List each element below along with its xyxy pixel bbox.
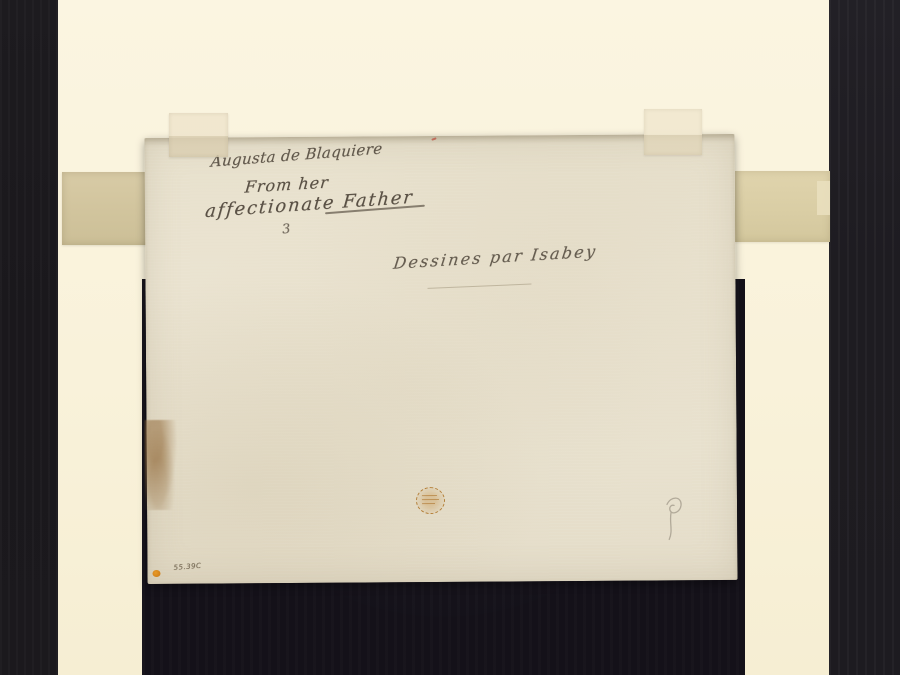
pencil-squiggle-icon [658,492,694,544]
drawing-verso-sheet: Augusta de Blaquiere From her affectiona… [144,134,737,584]
top-left-hinge-tape [169,113,228,157]
stamp-text-line [422,495,437,496]
left-black-edge [0,0,58,675]
collector-stamp-icon [416,487,445,514]
tape-end-highlight [817,181,830,215]
stamp-text-line [422,499,439,500]
stamp-text-line [422,503,435,504]
right-hinge-tape [735,171,830,242]
brown-stain-icon [144,420,178,510]
inventory-number: 55.39C [173,562,201,572]
attribution-underline [428,284,532,289]
attribution-inscription: Dessines par Isabey [392,241,598,272]
orange-paint-dot-icon [152,570,160,577]
small-numeral: 3 [281,222,291,238]
top-right-hinge-tape [644,109,702,155]
right-black-edge [829,0,900,675]
left-hinge-tape [62,172,150,245]
photo-of-drawing-verso: Augusta de Blaquiere From her affectiona… [0,0,900,675]
